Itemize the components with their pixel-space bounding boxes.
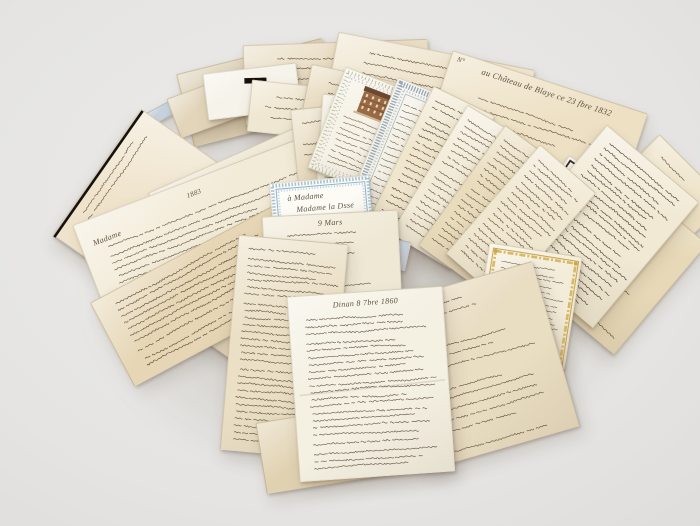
handwriting-svg (288, 287, 457, 483)
front-letter: Dinan 8 7bre 1860 (287, 286, 456, 482)
letters-photograph: 1866au Château de Blaye ce 23 fbre 1832N… (0, 0, 700, 526)
